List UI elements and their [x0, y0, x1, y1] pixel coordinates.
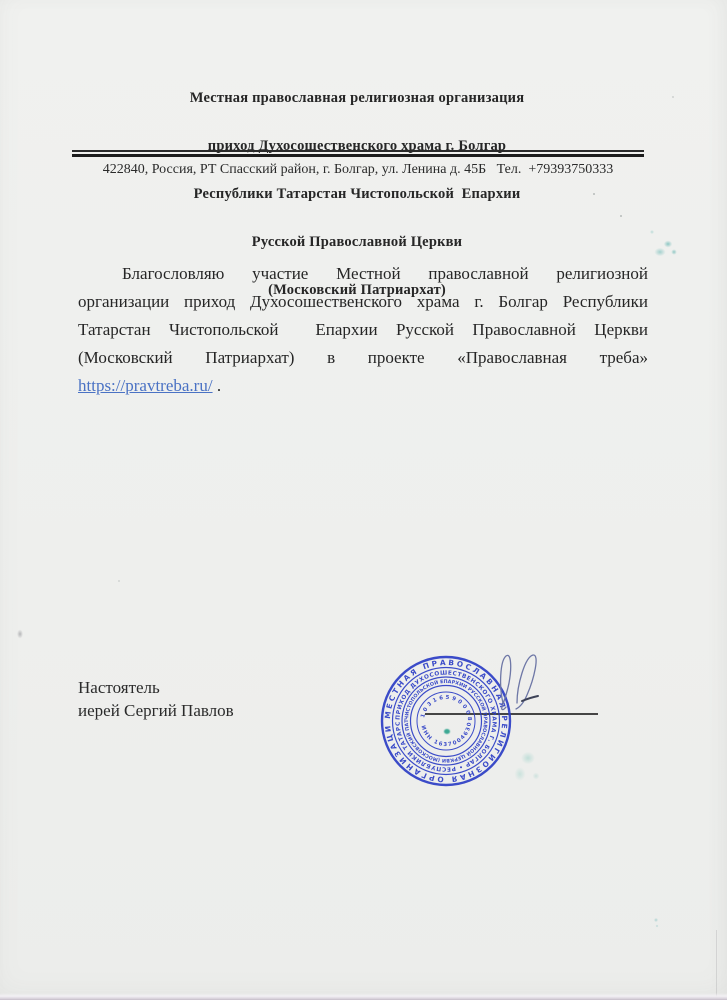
body-line-5: https://pravtreba.ru/ .: [78, 372, 648, 400]
signoff-name: иерей Сергий Павлов: [78, 699, 234, 722]
divider-thick-line: [72, 154, 644, 157]
signoff-position-title: Настоятель: [78, 676, 234, 699]
body-line-2: организации приход Духосошественского хр…: [78, 288, 648, 316]
letterhead-address: 422840, Россия, РТ Спасский район, г. Бо…: [0, 162, 716, 178]
scan-artifact-teal-speck: [653, 917, 660, 928]
pravtreba-link[interactable]: https://pravtreba.ru/: [78, 376, 213, 395]
signoff-block: Настоятель иерей Сергий Павлов: [78, 676, 234, 722]
scan-artifact-gray-mark: [16, 628, 25, 641]
signature-dash-stroke: [522, 696, 538, 701]
letterhead-divider-rule: [72, 150, 644, 157]
handwritten-signature-icon: [488, 645, 568, 723]
letter-body: Благословляю участие Местной православно…: [78, 260, 648, 400]
scanned-letter-page: Местная православная религиозная организ…: [0, 0, 727, 1000]
letterhead-line-3: Республики Татарстан Чистопольской Епарх…: [0, 186, 714, 202]
body-line-4: (Московский Патриархат) в проекте «Право…: [78, 344, 648, 372]
scan-speck: [118, 580, 120, 582]
body-line-3: Татарстан Чистопольской Епархии Русской …: [78, 316, 648, 344]
scan-edge-bottom-strip: [0, 993, 727, 1000]
letterhead-line-4: Русской Православной Церкви: [0, 234, 714, 250]
body-line-1: Благословляю участие Местной православно…: [78, 260, 648, 288]
letterhead-line-1: Местная православная религиозная организ…: [0, 90, 714, 106]
scan-edge-vertical-line: [716, 930, 717, 1000]
link-suffix-period: .: [213, 376, 222, 395]
